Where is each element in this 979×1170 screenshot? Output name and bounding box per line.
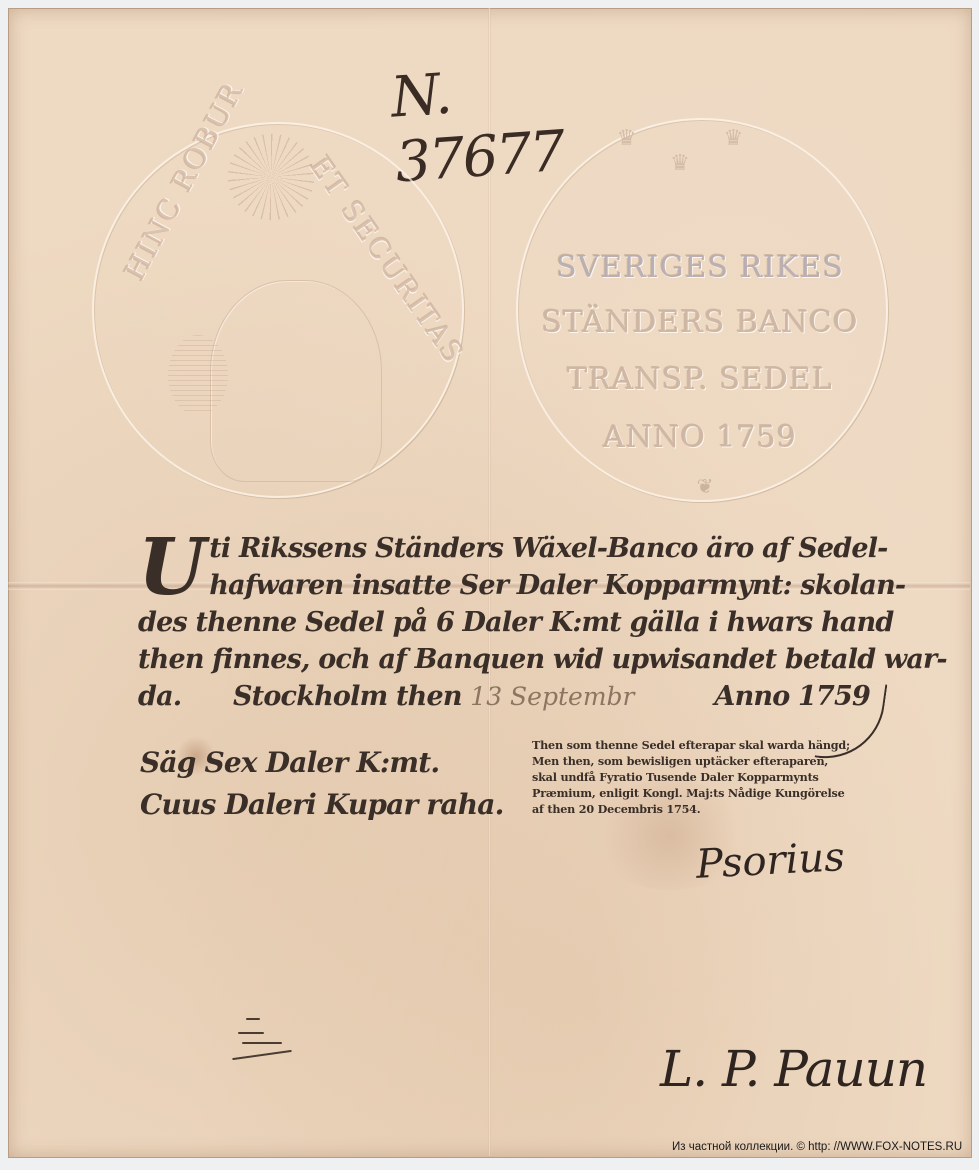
warning-line-2: Men then, som bewisligen uptäcker eftera…: [532, 753, 892, 769]
globe-emboss: [168, 335, 228, 415]
allegorical-figure-emboss: [210, 280, 382, 482]
signature-second: L. P. Pauun: [660, 1040, 927, 1098]
warning-line-4: Præmium, enligit Kongl. Maj:ts Nådige Ku…: [532, 785, 892, 801]
value-statement: Säg Sex Daler K:mt. Cuus Daleri Kupar ra…: [140, 742, 510, 826]
collection-credit: Из частной коллекции. © http: //WWW.FOX-…: [672, 1141, 962, 1153]
counterfeit-warning: Then som thenne Sedel efterapar skal war…: [532, 737, 892, 817]
value-finnish: Cuus Daleri Kupar raha.: [140, 784, 510, 826]
text-line-4: then finnes, och af Banquen wid upwisand…: [138, 641, 878, 678]
warning-line-1: Then som thenne Sedel efterapar skal war…: [532, 737, 892, 753]
text-line-1: ti Rikssens Ständers Wäxel-Banco äro af …: [138, 530, 878, 567]
seal-line-4: ANNO 1759: [516, 420, 884, 455]
handwritten-date: 13 Septembr: [470, 682, 634, 711]
text-line-5: da. Stockholm then 13 Septembr Anno 1759: [138, 678, 878, 715]
seal-line-1: SVERIGES RIKES: [516, 250, 884, 285]
warning-line-5: af then 20 Decembris 1754.: [532, 801, 892, 817]
text-line-3: des thenne Sedel på 6 Daler K:mt gälla i…: [138, 604, 878, 641]
ink-marks: [232, 1012, 302, 1062]
seal-line-3: TRANSP. SEDEL: [516, 362, 884, 397]
warning-line-3: skal undfå Fyratio Tusende Daler Kopparm…: [532, 769, 892, 785]
stockholm-then: da. Stockholm then: [138, 681, 462, 712]
seal-line-2: STÄNDERS BANCO: [516, 305, 884, 340]
signature-first: Psorius: [695, 834, 846, 888]
text-line-2: hafwaren insatte Ser Daler Kopparmynt: s…: [138, 567, 878, 604]
wreath-ornament-icon: ❦: [640, 474, 770, 500]
value-swedish: Säg Sex Daler K:mt.: [140, 742, 510, 784]
main-note-text: U ti Rikssens Ständers Wäxel-Banco äro a…: [138, 530, 878, 715]
three-crowns-icon: ♛ ♛ ♛: [600, 126, 800, 196]
decorated-initial: U: [138, 534, 205, 602]
serial-number: N. 37677: [389, 50, 615, 165]
